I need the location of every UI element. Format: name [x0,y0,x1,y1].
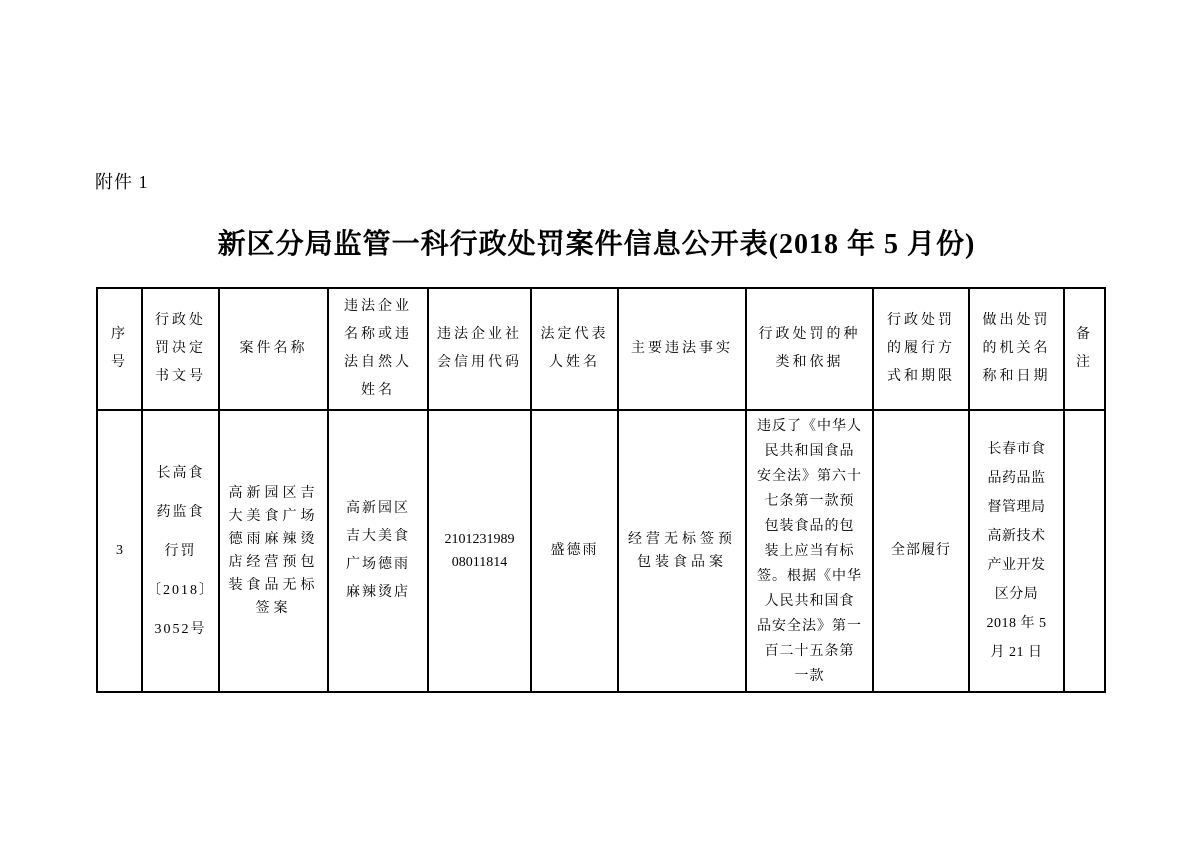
cell-case-name: 高新园区吉 大美食广场 德雨麻辣烫 店经营预包 装食品无标 签案 [219,410,328,692]
cell-remarks [1064,410,1105,692]
cell-serial-number: 3 [97,410,142,692]
page-title: 新区分局监管一科行政处罚案件信息公开表(2018 年 5 月份) [0,222,1193,262]
document-page: 附件 1 新区分局监管一科行政处罚案件信息公开表(2018 年 5 月份) 序 … [0,0,1193,844]
attachment-label: 附件 1 [95,168,149,194]
column-header-social-credit-code: 违法企业社 会信用代码 [428,288,531,410]
column-header-penalty-type-and-basis: 行政处罚的种 类和依据 [746,288,873,410]
column-header-remarks: 备 注 [1064,288,1105,410]
column-header-main-illegal-facts: 主要违法事实 [618,288,746,410]
column-header-violator-name: 违法企业 名称或违 法自然人 姓名 [328,288,428,410]
column-header-fulfillment-method-and-deadline: 行政处罚 的履行方 式和期限 [873,288,969,410]
column-header-case-name: 案件名称 [219,288,328,410]
column-header-penalty-decision-doc-number: 行政处 罚决定 书文号 [142,288,219,410]
column-header-serial-number: 序 号 [97,288,142,410]
table-row: 3 长高食 药监食 行罚 〔2018〕 3052号 高新园区吉 大美食广场 德雨… [97,410,1105,692]
penalty-cases-table: 序 号 行政处 罚决定 书文号 案件名称 违法企业 名称或违 法自然人 姓名 违… [96,287,1106,693]
column-header-issuing-authority-and-date: 做出处罚 的机关名 称和日期 [969,288,1064,410]
column-header-legal-representative: 法定代表 人姓名 [531,288,618,410]
cell-violator-name: 高新园区 吉大美食 广场德雨 麻辣烫店 [328,410,428,692]
cell-social-credit-code: 2101231989 08011814 [428,410,531,692]
cell-issuing-authority-and-date: 长春市食 品药品监 督管理局 高新技术 产业开发 区分局 2018 年 5 月 … [969,410,1064,692]
cell-fulfillment-method-and-deadline: 全部履行 [873,410,969,692]
cell-penalty-decision-doc-number: 长高食 药监食 行罚 〔2018〕 3052号 [142,410,219,692]
cell-main-illegal-facts: 经营无标签预 包装食品案 [618,410,746,692]
cell-penalty-type-and-basis: 违反了《中华人 民共和国食品 安全法》第六十 七条第一款预 包装食品的包 装上应… [746,410,873,692]
cell-legal-representative: 盛德雨 [531,410,618,692]
header-row: 序 号 行政处 罚决定 书文号 案件名称 违法企业 名称或违 法自然人 姓名 违… [97,288,1105,410]
